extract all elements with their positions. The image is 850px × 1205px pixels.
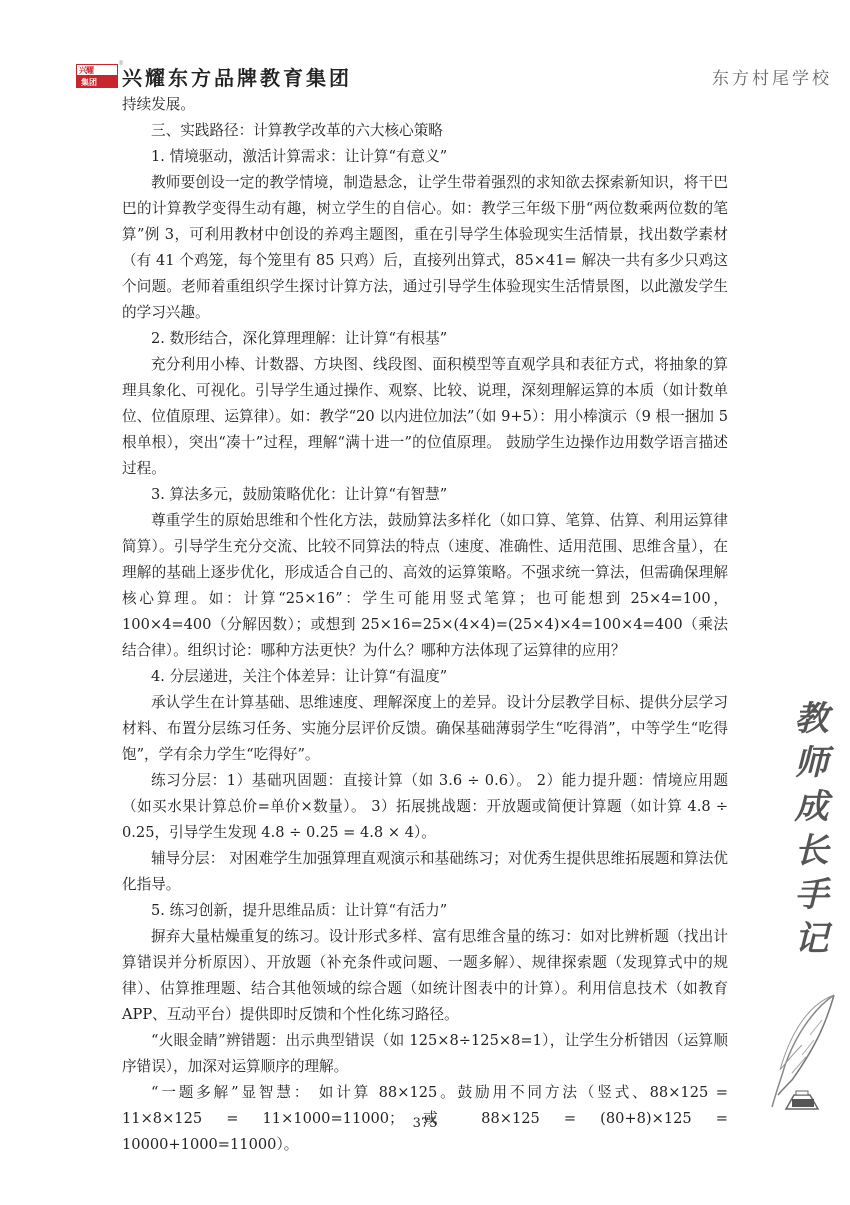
brand-logo: 兴耀 集团 (76, 64, 118, 88)
page-number: 375 (0, 1116, 850, 1131)
paragraph-continuation: 持续发展。 (122, 92, 728, 118)
body-paragraph: 摒弃大量枯燥重复的练习。设计形式多样、富有思维含量的练习：如对比辨析题（找出计算… (122, 924, 728, 1028)
section-heading: 三、实践路径：计算教学改革的六大核心策略 (122, 118, 728, 144)
page-header: 兴耀 集团 ® 兴耀东方品牌教育集团 东方村尾学校 (72, 60, 832, 92)
body-paragraph: 教师要创设一定的教学情境，制造悬念，让学生带着强烈的求知欲去探索新知识，将干巴巴… (122, 170, 728, 326)
side-calligraphy-title: 教师成长手记 (773, 700, 833, 964)
subsection-heading-4: 4. 分层递进，关注个体差异：让计算“有温度” (122, 664, 728, 690)
subsection-heading-2: 2. 数形结合，深化算理理解：让计算“有根基” (122, 326, 728, 352)
school-name: 东方村尾学校 (712, 64, 832, 89)
logo-text-top: 兴耀 (79, 65, 93, 76)
body-paragraph: 练习分层：1）基础巩固题：直接计算（如 3.6 ÷ 0.6）。 2）能力提升题：… (122, 768, 728, 846)
subsection-heading-3: 3. 算法多元，鼓励策略优化：让计算“有智慧” (122, 482, 728, 508)
body-paragraph: 尊重学生的原始思维和个性化方法，鼓励算法多样化（如口算、笔算、估算、利用运算律简… (122, 508, 728, 664)
quill-inkwell-icon (762, 985, 842, 1115)
logo-text-bottom: 集团 (81, 77, 97, 88)
body-paragraph: 辅导分层： 对困难学生加强算理直观演示和基础练习；对优秀生提供思维拓展题和算法优… (122, 846, 728, 898)
body-paragraph: 承认学生在计算基础、思维速度、理解深度上的差异。设计分层教学目标、提供分层学习材… (122, 690, 728, 768)
brand-name: 兴耀东方品牌教育集团 (122, 62, 352, 91)
body-paragraph: “火眼金睛”辨错题：出示典型错误（如 125×8÷125×8=1），让学生分析错… (122, 1028, 728, 1080)
subsection-heading-5: 5. 练习创新，提升思维品质：让计算“有活力” (122, 898, 728, 924)
subsection-heading-1: 1. 情境驱动，激活计算需求：让计算“有意义” (122, 144, 728, 170)
document-body: 持续发展。 三、实践路径：计算教学改革的六大核心策略 1. 情境驱动，激活计算需… (122, 92, 728, 1158)
body-paragraph: 充分利用小棒、计数器、方块图、线段图、面积模型等直观学具和表征方式，将抽象的算理… (122, 352, 728, 482)
